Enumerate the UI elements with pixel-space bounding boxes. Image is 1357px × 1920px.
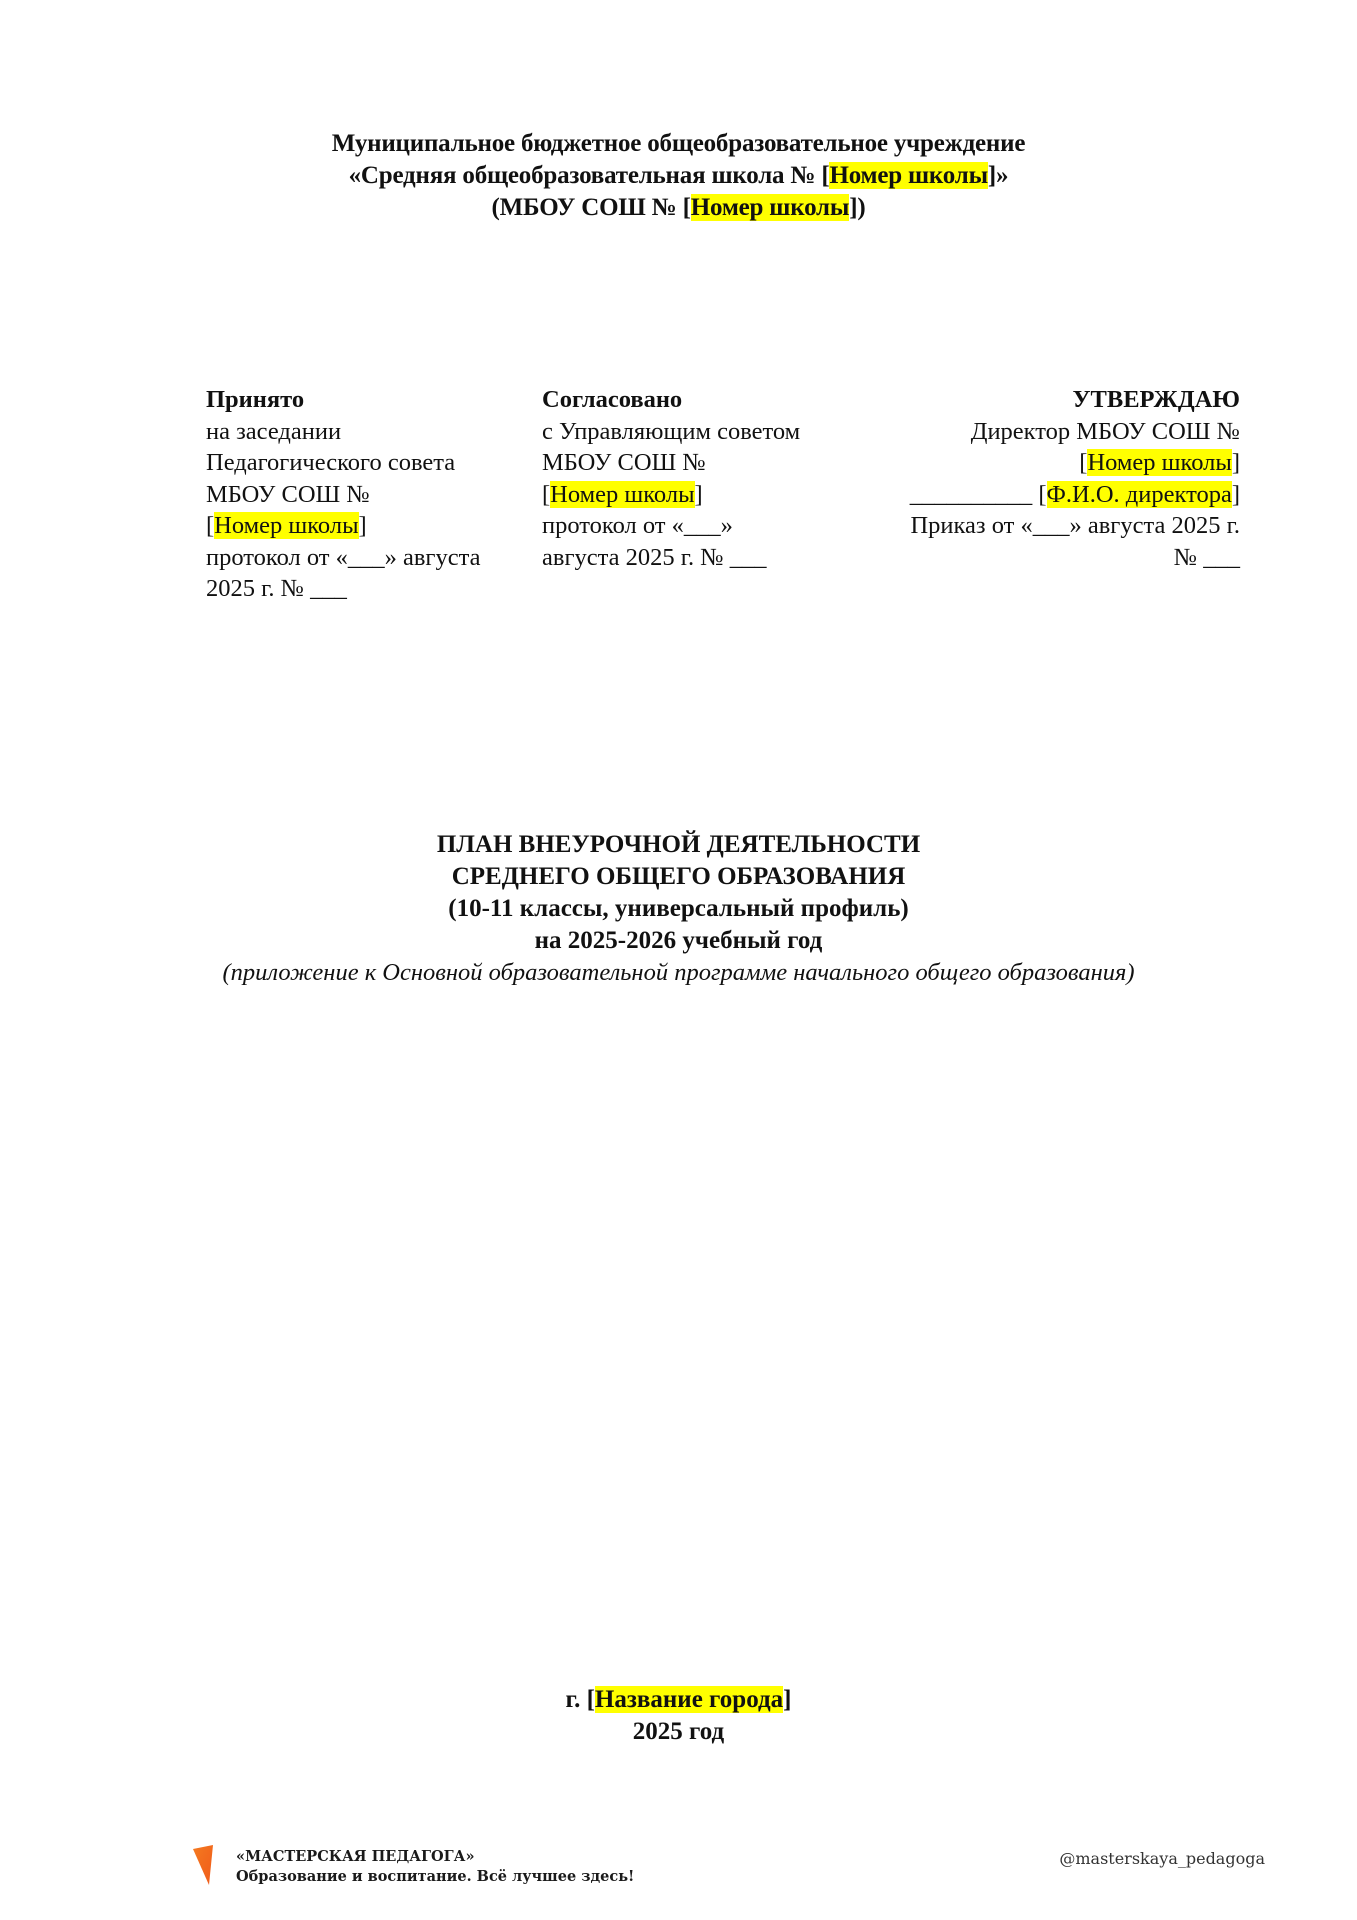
title-line: ПЛАН ВНЕУРОЧНОЙ ДЕЯТЕЛЬНОСТИ: [0, 829, 1357, 861]
director-signature-line: __________ [Ф.И.О. директора]: [840, 479, 1240, 511]
school-number-placeholder[interactable]: Номер школы: [1087, 449, 1231, 476]
title-line: (10-11 классы, универсальный профиль): [0, 893, 1357, 925]
organization-header: Муниципальное бюджетное общеобразователь…: [0, 128, 1357, 224]
director-title-line: Директор МБОУ СОШ №: [840, 416, 1240, 448]
agreed-heading: Согласовано: [542, 384, 862, 416]
title-line: на 2025-2026 учебный год: [0, 925, 1357, 957]
approved-block: УТВЕРЖДАЮ Директор МБОУ СОШ № [Номер шко…: [840, 384, 1240, 573]
brand-name: «МАСТЕРСКАЯ ПЕДАГОГА»: [236, 1847, 634, 1867]
agreed-school-line: [Номер школы]: [542, 479, 862, 511]
accepted-line: МБОУ СОШ №: [206, 479, 536, 511]
school-number-placeholder[interactable]: Номер школы: [214, 512, 358, 539]
approved-heading: УТВЕРЖДАЮ: [840, 384, 1240, 416]
school-number-placeholder[interactable]: Номер школы: [550, 481, 694, 508]
city-name-placeholder[interactable]: Название города: [595, 1686, 783, 1713]
order-number-line: № ___: [840, 542, 1240, 574]
director-name-placeholder[interactable]: Ф.И.О. директора: [1047, 481, 1232, 508]
order-line: Приказ от «___» августа 2025 г.: [840, 510, 1240, 542]
page-footer: «МАСТЕРСКАЯ ПЕДАГОГА» Образование и восп…: [0, 1845, 1357, 1895]
accepted-school-line: [Номер школы]: [206, 510, 536, 542]
accepted-line: на заседании: [206, 416, 536, 448]
title-subtitle: (приложение к Основной образовательной п…: [0, 957, 1357, 989]
school-name-line: «Средняя общеобразовательная школа № [Но…: [0, 160, 1357, 192]
social-handle-link[interactable]: @masterskaya_pedagoga: [1059, 1849, 1265, 1868]
accepted-protocol-line: протокол от «___» августа: [206, 542, 536, 574]
agreed-block: Согласовано с Управляющим советом МБОУ С…: [542, 384, 862, 573]
brand-text: «МАСТЕРСКАЯ ПЕДАГОГА» Образование и восп…: [236, 1847, 634, 1887]
agreed-protocol-line: августа 2025 г. № ___: [542, 542, 862, 574]
title-line: СРЕДНЕГО ОБЩЕГО ОБРАЗОВАНИЯ: [0, 861, 1357, 893]
agreed-protocol-line: протокол от «___»: [542, 510, 862, 542]
agreed-line: с Управляющим советом: [542, 416, 862, 448]
agreed-line: МБОУ СОШ №: [542, 447, 862, 479]
school-number-placeholder[interactable]: Номер школы: [691, 194, 849, 221]
approved-school-line: [Номер школы]: [840, 447, 1240, 479]
school-short-name-line: (МБОУ СОШ № [Номер школы]): [0, 192, 1357, 224]
accepted-protocol-line: 2025 г. № ___: [206, 573, 536, 605]
school-number-placeholder[interactable]: Номер школы: [829, 162, 987, 189]
city-year-block: г. [Название города] 2025 год: [0, 1684, 1357, 1748]
accepted-heading: Принято: [206, 384, 536, 416]
brand-tagline: Образование и воспитание. Всё лучшее зде…: [236, 1867, 634, 1887]
year-line: 2025 год: [0, 1716, 1357, 1748]
accepted-block: Принято на заседании Педагогического сов…: [206, 384, 536, 605]
orange-pennant-icon: [193, 1845, 215, 1887]
document-title: ПЛАН ВНЕУРОЧНОЙ ДЕЯТЕЛЬНОСТИ СРЕДНЕГО ОБ…: [0, 829, 1357, 989]
org-full-name: Муниципальное бюджетное общеобразователь…: [0, 128, 1357, 160]
city-line: г. [Название города]: [0, 1684, 1357, 1716]
accepted-line: Педагогического совета: [206, 447, 536, 479]
